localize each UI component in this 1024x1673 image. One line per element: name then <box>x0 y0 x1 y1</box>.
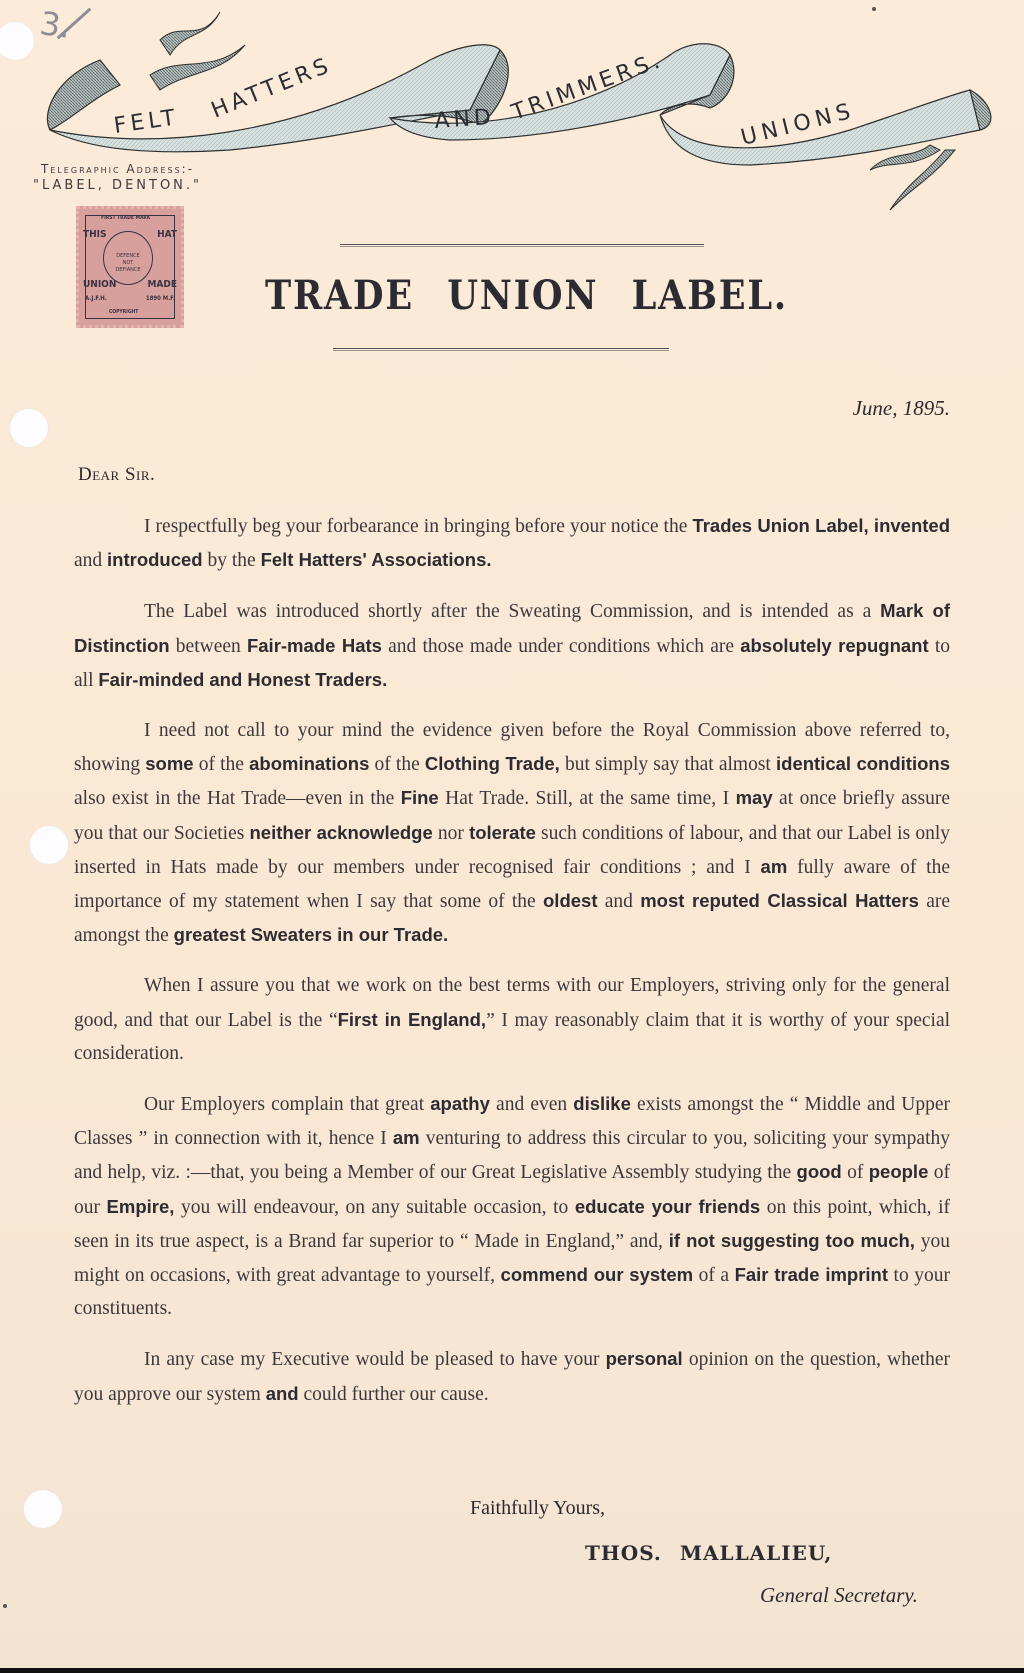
body-text-run: between <box>170 636 247 657</box>
body-text-run: of the <box>194 754 250 775</box>
salutation: Dear Sir. <box>78 464 155 486</box>
emphasized-text: Fine <box>401 787 439 808</box>
document-title: TRADE UNION LABEL. <box>265 272 788 319</box>
body-text-run: I respectfully beg your forbearance in b… <box>144 516 692 537</box>
emphasized-text: greatest Sweaters in our Trade. <box>174 924 449 945</box>
emphasized-text: neither acknowledge <box>250 822 433 843</box>
paragraph: I respectfully beg your forbearance in b… <box>74 509 950 577</box>
body-text-run: but simply say that almost <box>560 754 776 775</box>
body-text-run: nor <box>433 823 469 844</box>
body-text-run: The Label was introduced shortly after t… <box>144 601 880 622</box>
emphasized-text: introduced <box>107 549 203 570</box>
emphasized-text: dislike <box>573 1093 631 1114</box>
stamp-motto-line: DEFENCE <box>103 253 153 260</box>
stamp-text-union: UNION <box>83 279 116 290</box>
emphasized-text: apathy <box>430 1093 490 1114</box>
emphasized-text: Fair-made Hats <box>247 635 382 656</box>
speck <box>3 1604 7 1608</box>
letter-body: I respectfully beg your forbearance in b… <box>74 509 950 1428</box>
stamp-top-text: FIRST TRADE MARK <box>101 215 150 221</box>
emphasized-text: Fair-minded and Honest Traders. <box>98 669 387 690</box>
body-text-run: you will endeavour, on any suitable occa… <box>174 1197 574 1218</box>
emphasized-text: educate your friends <box>575 1196 760 1217</box>
body-text-run: of the <box>369 754 425 775</box>
svg-text:FELT: FELT <box>112 105 180 139</box>
signer-name: THOS. MALLALIEU, <box>585 1541 832 1565</box>
body-text-run: Our Employers complain that great <box>144 1094 430 1115</box>
stamp-text-this: THIS <box>83 229 107 240</box>
telegraphic-address-label: Telegraphic Address:- <box>33 162 202 176</box>
punch-hole <box>24 1490 62 1528</box>
emphasized-text: most reputed Classical Hatters <box>640 890 919 911</box>
emphasized-text: some <box>145 753 193 774</box>
paragraph: The Label was introduced shortly after t… <box>74 594 950 697</box>
punch-hole <box>10 409 48 447</box>
emphasized-text: First in England, <box>338 1009 486 1030</box>
stamp-text-year: 1890 M.F. <box>146 295 175 302</box>
emphasized-text: absolutely repugnant <box>740 635 928 656</box>
body-text-run: and even <box>490 1094 573 1115</box>
emphasized-text: Trades Union Label, invented <box>692 515 950 536</box>
emphasized-text: personal <box>606 1348 683 1369</box>
emphasized-text: tolerate <box>469 822 536 843</box>
emphasized-text: if not suggesting too much, <box>669 1230 915 1251</box>
emphasized-text: commend our system <box>501 1264 694 1285</box>
emphasized-text: abominations <box>249 753 369 774</box>
paragraph: In any case my Executive would be please… <box>74 1342 950 1410</box>
telegraphic-address-value: "LABEL, DENTON." <box>33 178 202 193</box>
stamp-motto: DEFENCE NOT DEFIANCE <box>103 253 153 274</box>
punch-hole <box>0 22 34 60</box>
body-text-run: by the <box>203 550 261 571</box>
emphasized-text: may <box>736 787 773 808</box>
body-text-run: Hat Trade. Still, at the same time, I <box>439 788 736 809</box>
closing-line: Faithfully Yours, <box>470 1497 605 1520</box>
body-text-run: also exist in the Hat Trade—even in the <box>74 788 401 809</box>
emphasized-text: am <box>761 856 788 877</box>
punch-hole <box>30 826 68 864</box>
body-text-run: and <box>597 891 640 912</box>
paragraph: When I assure you that we work on the be… <box>74 969 950 1070</box>
title-rule-bottom <box>333 348 669 351</box>
stamp-text-made: MADE <box>147 279 177 290</box>
body-text-run: could further our cause. <box>299 1384 489 1405</box>
scan-bottom-edge <box>0 1668 1024 1673</box>
emphasized-text: am <box>393 1127 420 1148</box>
letter-date: June, 1895. <box>853 396 950 421</box>
stamp-motto-line: NOT <box>103 260 153 267</box>
stamp-text-initials: A.J.F.H. <box>85 295 107 302</box>
body-text-run: and <box>74 550 107 571</box>
emphasized-text: Felt Hatters' Associations. <box>261 549 492 570</box>
stamp-text-hat: HAT <box>157 229 177 240</box>
paragraph: Our Employers complain that great apathy… <box>74 1087 950 1325</box>
body-text-run: of <box>842 1162 869 1183</box>
body-text-run: and those made under conditions which ar… <box>382 636 740 657</box>
emphasized-text: people <box>869 1161 929 1182</box>
emphasized-text: good <box>797 1161 842 1182</box>
title-rule-top <box>340 244 704 247</box>
letter-page: 3. <box>0 0 1024 1668</box>
signer-title: General Secretary. <box>760 1583 918 1608</box>
stamp-text-copyright: COPYRIGHT <box>109 309 138 315</box>
union-label-stamp: FIRST TRADE MARK THIS HAT DEFENCE NOT DE… <box>76 206 184 328</box>
svg-text:AND: AND <box>434 105 496 134</box>
emphasized-text: Empire, <box>107 1196 175 1217</box>
stamp-motto-line: DEFIANCE <box>103 267 153 274</box>
emphasized-text: Clothing Trade, <box>425 753 560 774</box>
emphasized-text: oldest <box>543 890 597 911</box>
body-text-run: In any case my Executive would be please… <box>144 1349 606 1370</box>
telegraphic-address: Telegraphic Address:- "LABEL, DENTON." <box>33 162 202 193</box>
emphasized-text: and <box>266 1383 299 1404</box>
emphasized-text: identical conditions <box>776 753 950 774</box>
emphasized-text: Fair trade imprint <box>735 1264 888 1285</box>
body-text-run: of a <box>693 1265 734 1286</box>
paragraph: I need not call to your mind the evidenc… <box>74 714 950 952</box>
